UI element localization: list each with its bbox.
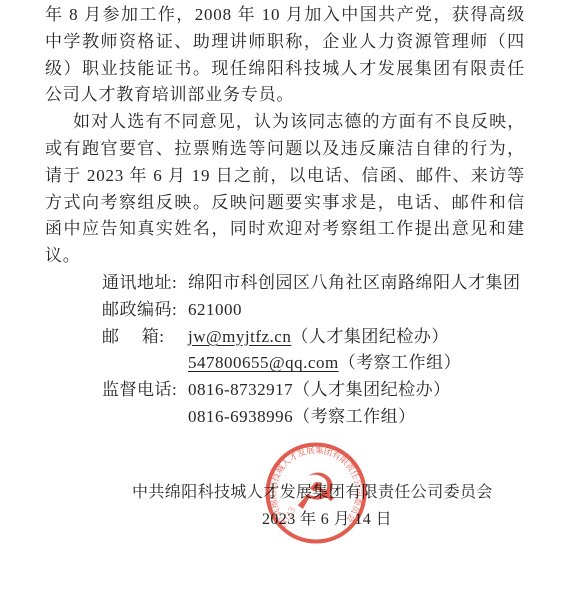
contact-row-postcode: 邮政编码:621000 xyxy=(102,297,525,324)
contact-row-address: 通讯地址:绵阳市科创园区八角社区南路绵阳人才集团 xyxy=(102,270,525,297)
body-line: 公司人才教育培训部业务专员。 xyxy=(45,82,525,109)
issuing-committee-name: 中共绵阳科技城人才发展集团有限责任公司委员会 xyxy=(132,480,525,507)
body-line: 请于 2023 年 6 月 19 日之前，以电话、信函、邮件、来访等 xyxy=(45,163,525,190)
phone-number: 0816-6938996 xyxy=(188,407,293,426)
contact-note: （考察工作组） xyxy=(339,353,462,372)
body-line: 或有跑官要官、拉票贿选等问题以及违反廉洁自律的行为， xyxy=(45,136,525,163)
email-address: jw@myjtfz.cn xyxy=(188,327,291,346)
issue-date: 2023 年 6 月 14 日 xyxy=(132,507,522,534)
contact-label: 邮政编码: xyxy=(102,297,188,324)
contact-row-phone-1: 监督电话:0816-8732917（人才集团纪检办） xyxy=(102,377,525,404)
contact-value: 绵阳市科创园区八角社区南路绵阳人才集团 xyxy=(188,273,521,292)
contact-note: （人才集团纪检办） xyxy=(293,380,451,399)
contact-row-email-1: 邮 箱:jw@myjtfz.cn（人才集团纪检办） xyxy=(102,324,525,351)
email-address: 547800655@qq.com xyxy=(188,353,339,372)
phone-number: 0816-8732917 xyxy=(188,380,293,399)
contact-label: 监督电话: xyxy=(102,377,188,404)
document-body: 年 8 月参加工作，2008 年 10 月加入中国共产党，获得高级 中学教师资格… xyxy=(45,2,525,431)
body-line: 方式向考察组反映。反映问题要实事求是，电话、邮件和信 xyxy=(45,190,525,217)
signature-block: 中共绵阳科技城人才发展集团有限责任公司委员会 2023 年 6 月 14 日 xyxy=(45,480,525,534)
body-line: 函中应告知真实姓名，同时欢迎对考察组工作提出意见和建 xyxy=(45,216,525,243)
body-line: 年 8 月参加工作，2008 年 10 月加入中国共产党，获得高级 xyxy=(45,2,525,29)
contact-note: （考察工作组） xyxy=(293,407,416,426)
contact-note: （人才集团纪检办） xyxy=(291,327,449,346)
body-line: 中学教师资格证、助理讲师职称，企业人力资源管理师（四 xyxy=(45,29,525,56)
document-page: 年 8 月参加工作，2008 年 10 月加入中国共产党，获得高级 中学教师资格… xyxy=(0,0,570,589)
contact-block: 通讯地址:绵阳市科创园区八角社区南路绵阳人才集团 邮政编码:621000 邮 箱… xyxy=(45,270,525,431)
contact-value: 621000 xyxy=(188,300,242,319)
body-line: 级）职业技能证书。现任绵阳科技城人才发展集团有限责任 xyxy=(45,56,525,83)
contact-label: 通讯地址: xyxy=(102,270,188,297)
body-line: 议。 xyxy=(45,243,525,270)
contact-row-phone-2: 0816-6938996（考察工作组） xyxy=(102,404,525,431)
contact-row-email-2: 547800655@qq.com（考察工作组） xyxy=(102,350,525,377)
contact-label: 邮 箱: xyxy=(102,324,188,351)
body-line: 如对人选有不同意见，认为该同志德的方面有不良反映， xyxy=(45,109,525,136)
